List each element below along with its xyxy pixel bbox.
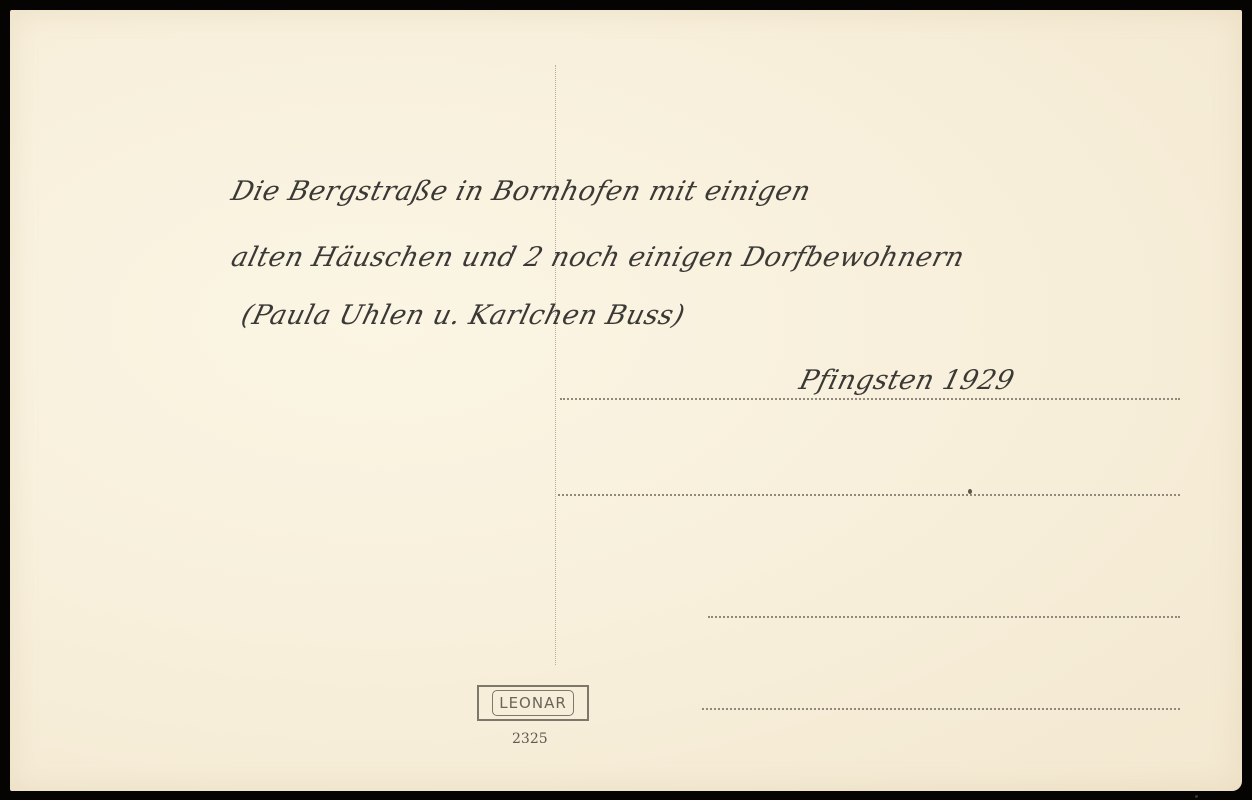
address-line-1 [560, 398, 1180, 400]
address-line-3 [708, 616, 1180, 618]
postcard-back: Die Bergstraße in Bornhofen mit einigen … [10, 10, 1242, 791]
message-line-2: alten Häuschen und 2 noch einigen Dorfbe… [228, 242, 968, 273]
signature-date: Pfingsten 1929 [796, 365, 1018, 396]
vertical-divider [555, 65, 556, 665]
message-line-1: Die Bergstraße in Bornhofen mit einigen [228, 176, 814, 207]
address-line-2 [558, 494, 1180, 496]
address-line-4 [702, 708, 1180, 710]
card-number: 2325 [512, 731, 548, 747]
publisher-name: LEONAR [492, 690, 574, 716]
ink-speck [1195, 795, 1198, 798]
message-line-3: (Paula Uhlen u. Karlchen Buss) [238, 300, 688, 331]
publisher-imprint: LEONAR [477, 685, 589, 721]
ink-speck [968, 489, 972, 494]
